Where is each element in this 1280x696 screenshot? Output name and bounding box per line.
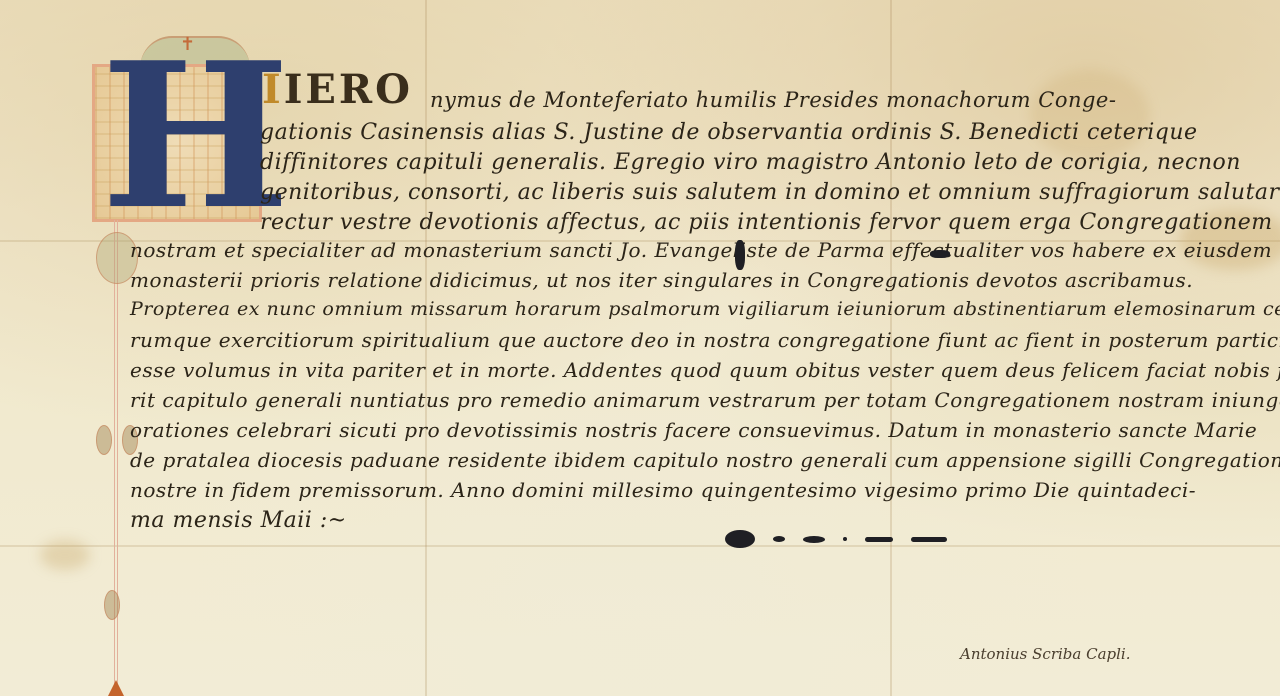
illuminated-initial: H <box>92 64 262 222</box>
ink-dot-icon <box>773 536 785 542</box>
leaf-ornament-icon <box>104 590 120 620</box>
text-line: nostre in fidem premissorum. Anno domini… <box>130 478 1196 502</box>
water-stain <box>40 540 90 570</box>
ink-blot <box>735 240 745 270</box>
water-stain <box>1030 70 1150 160</box>
text-line: monasterii prioris relatione didicimus, … <box>130 268 1193 292</box>
text-line: ma mensis Maii :~ <box>130 508 347 533</box>
ink-dash-icon <box>911 537 947 542</box>
text-line: gationis Casinensis alias S. Justine de … <box>260 120 1198 145</box>
text-line: diffinitores capituli generalis. Egregio… <box>260 150 1241 175</box>
text-line: rectur vestre devotionis affectus, ac pi… <box>260 210 1273 235</box>
text-line: genitoribus, consorti, ac liberis suis s… <box>260 180 1280 205</box>
seal-marks <box>725 530 947 548</box>
ink-dash-icon <box>865 537 893 542</box>
ink-dash-icon <box>803 536 825 543</box>
text-line: de pratalea diocesis paduane residente i… <box>130 448 1280 472</box>
text-line: orationes celebrari sicuti pro devotissi… <box>130 418 1257 442</box>
text-line: rumque exercitiorum spiritualium que auc… <box>130 328 1280 352</box>
text-line: nostram et specialiter ad monasterium sa… <box>130 238 1272 262</box>
fold-crease <box>0 545 1280 547</box>
text-line: Propterea ex nunc omnium missarum horaru… <box>130 298 1280 320</box>
ink-blot-icon <box>725 530 755 548</box>
ink-dot-icon <box>843 537 847 541</box>
text-line: esse volumus in vita pariter et in morte… <box>130 358 1280 382</box>
text-line: nymus de Monteferiato humilis Presides m… <box>430 88 1116 112</box>
marginal-vine-border <box>114 220 118 690</box>
opening-word: IIERO <box>262 66 413 113</box>
scribe-signature: Antonius Scriba Capli. <box>960 645 1130 663</box>
text-line: rit capitulo generali nuntiatus pro reme… <box>130 388 1280 412</box>
vine-terminal-ornament-icon <box>108 680 124 696</box>
leaf-ornament-icon <box>96 425 112 455</box>
ink-blot <box>930 250 950 258</box>
